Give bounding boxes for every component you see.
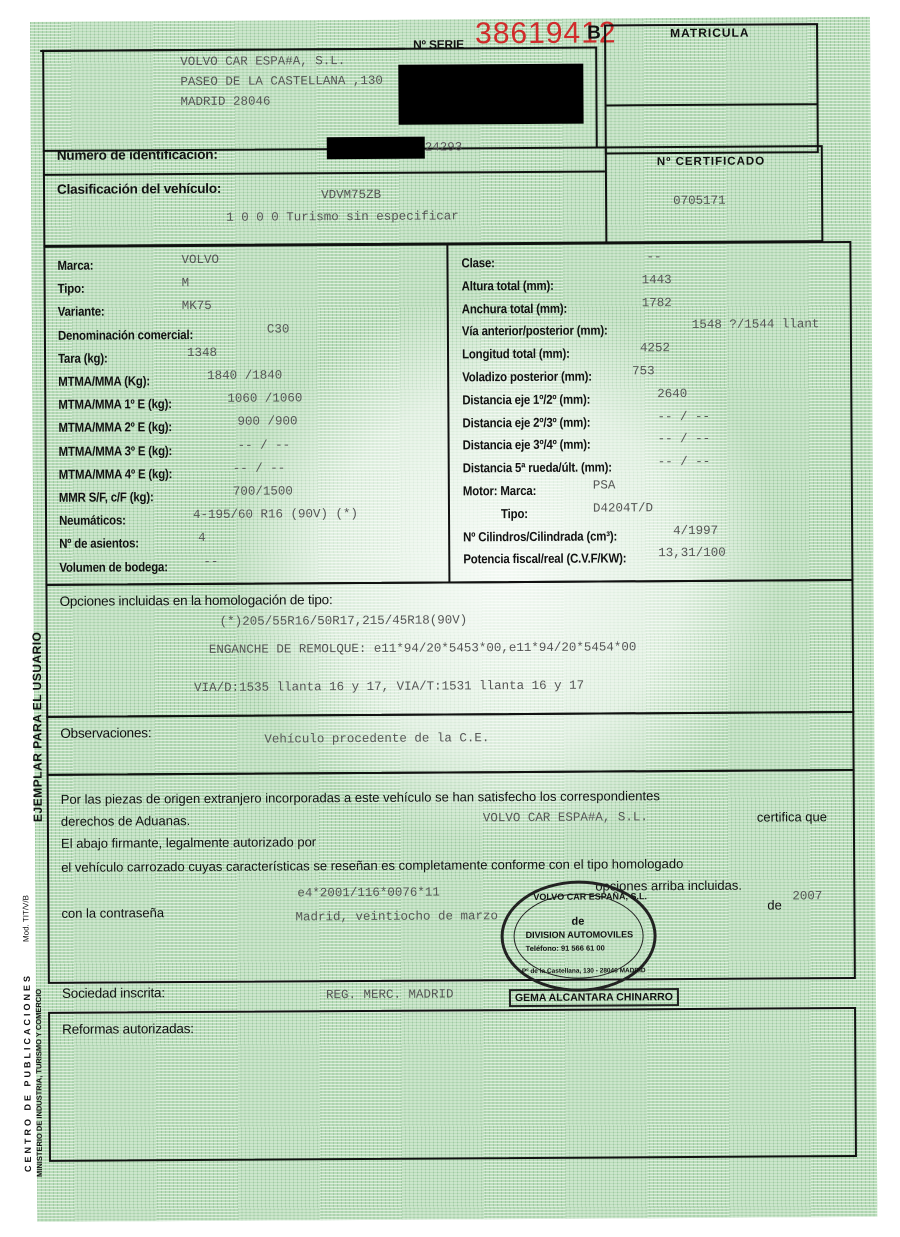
spec-value: 1348 [187, 346, 217, 360]
cert-company: VOLVO CAR ESPA#A, S.L. [483, 810, 648, 825]
spec-label: Potencia fiscal/real (C.V.F/KW): [463, 551, 626, 567]
spec-label: Clase: [461, 255, 494, 270]
cert-line-3: El abajo firmante, legalmente autorizado… [61, 834, 316, 851]
spec-label: Vía anterior/posterior (mm): [462, 323, 608, 339]
spec-label: Nº de asientos: [59, 536, 139, 551]
options-line-3: VIA/D:1535 llanta 16 y 17, VIA/T:1531 ll… [194, 679, 584, 695]
identification-suffix: 24293 [425, 140, 463, 154]
classification-detail: 1 0 0 0 Turismo sin especificar [226, 209, 459, 224]
spec-value: C30 [267, 322, 290, 336]
side-centro: CENTRO DE PUBLICACIONES [22, 973, 33, 1172]
contrasena-value: e4*2001/116*0076*11 [297, 886, 440, 901]
spec-value: 4252 [640, 341, 670, 355]
issuer-line-2: PASEO DE LA CASTELLANA ,130 [180, 74, 383, 89]
year-value: 2007 [792, 889, 822, 903]
left-specs [30, 17, 870, 22]
spec-label: Neumáticos: [59, 513, 126, 528]
spec-label: MTMA/MMA 3º E (kg): [59, 443, 173, 459]
spec-value: 1060 /1060 [227, 392, 302, 406]
spec-label: MMR S/F, c/F (kg): [59, 489, 154, 505]
cert-certifica: certifica que [757, 809, 827, 824]
spec-label: MTMA/MMA (Kg): [58, 373, 150, 389]
spec-label: Denominación comercial: [58, 327, 193, 343]
spec-label: Marca: [57, 258, 93, 273]
contrasena-label: con la contraseña [61, 905, 164, 921]
spec-label: Motor: Marca: [463, 483, 536, 498]
options-line-1: (*)205/55R16/50R17,215/45R18(90V) [220, 613, 468, 629]
spec-value: VOLVO [181, 253, 219, 267]
side-ejemplar: EJEMPLAR PARA EL USUARIO [30, 631, 45, 822]
spec-value: 4-195/60 R16 (90V) (*) [193, 507, 358, 522]
spec-label: MTMA/MMA 4º E (kg): [59, 466, 173, 482]
spec-label: Tara (kg): [58, 350, 108, 365]
spec-value: D4204T/D [593, 501, 653, 515]
company-stamp: VOLVO CAR ESPAÑA, S.L. de DIVISION AUTOM… [500, 880, 657, 992]
observations-value: Vehículo procedente de la C.E. [264, 731, 489, 746]
spec-value: -- / -- [657, 409, 710, 423]
vin-redaction [327, 137, 425, 160]
spec-value: 1840 /1840 [207, 368, 282, 382]
signer-name-box: GEMA ALCANTARA CHINARRO [509, 988, 679, 1007]
right-specs [30, 17, 870, 22]
spec-value: 1782 [642, 296, 672, 310]
spec-label: Variante: [58, 304, 105, 319]
spec-label: Volumen de bodega: [59, 559, 168, 575]
side-model: Mod. TIT/V/B [21, 895, 30, 942]
matricula-label: MATRICULA [670, 26, 750, 40]
sociedad-value: REG. MERC. MADRID [326, 987, 454, 1002]
spec-value: -- / -- [238, 438, 291, 452]
spec-label: Voladizo posterior (mm): [462, 369, 592, 385]
classification-label: Clasificación del vehículo: [57, 181, 221, 197]
spec-value: -- / -- [658, 455, 711, 469]
spec-label: Tipo: [501, 506, 528, 521]
place-date: Madrid, veintiocho de marzo [295, 909, 498, 924]
matricula-box [604, 23, 819, 154]
options-label: Opciones incluidas en la homologación de… [59, 592, 332, 609]
redaction-block [398, 64, 583, 125]
cert-line-2: derechos de Aduanas. [61, 813, 190, 829]
spec-value: -- / -- [658, 432, 711, 446]
spec-value: 4/1997 [673, 523, 718, 537]
spec-value: M [182, 276, 190, 290]
certificado-label: Nº CERTIFICADO [657, 156, 765, 169]
sociedad-label: Sociedad inscrita: [62, 985, 165, 1001]
issuer-line-3: MADRID 28046 [180, 95, 270, 110]
serie-suffix: B [587, 23, 601, 45]
spec-value: MK75 [182, 299, 212, 313]
classification-code: VDVM75ZB [321, 188, 381, 202]
spec-label: Anchura total (mm): [462, 300, 567, 316]
de-label: de [767, 897, 782, 912]
spec-value: 13,31/100 [658, 546, 726, 560]
spec-value: 4 [198, 531, 206, 545]
issuer-line-1: VOLVO CAR ESPA#A, S.L. [180, 54, 345, 69]
spec-value: 753 [632, 364, 655, 378]
spec-value: 1443 [642, 273, 672, 287]
spec-value: -- [203, 554, 218, 568]
identification-label: Número de identificación: [57, 147, 218, 163]
spec-value: 1548 ?/1544 llant [692, 318, 820, 333]
spec-value: 900 /900 [237, 415, 297, 429]
spec-label: Distancia eje 1º/2º (mm): [462, 391, 590, 407]
spec-value: 700/1500 [233, 484, 293, 498]
spec-value: 2640 [657, 387, 687, 401]
certificado-value: 0705171 [673, 194, 726, 208]
spec-label: Nº Cilindros/Cilindrada (cm³): [463, 528, 617, 544]
spec-label: Distancia eje 3º/4º (mm): [463, 437, 591, 453]
spec-label: Distancia eje 2º/3º (mm): [462, 414, 590, 430]
spec-label: MTMA/MMA 1º E (kg): [58, 396, 172, 412]
side-ministerio: MINISTERIO DE INDUSTRIA, TURISMO Y COMER… [34, 989, 44, 1177]
vehicle-technical-card: Nº SERIE 38619412 B MATRICULA VOLVO CAR … [30, 17, 877, 1222]
spec-label: Longitud total (mm): [462, 346, 570, 362]
spec-label: Distancia 5ª rueda/últ. (mm): [463, 460, 612, 476]
spec-label: Tipo: [58, 281, 85, 296]
spec-value: -- [646, 250, 661, 264]
reformas-label: Reformas autorizadas: [62, 1021, 194, 1037]
spec-value: PSA [593, 478, 616, 492]
spec-label: MTMA/MMA 2º E (kg): [58, 420, 172, 436]
observations-label: Observaciones: [60, 725, 151, 741]
options-line-2: ENGANCHE DE REMOLQUE: e11*94/20*5453*00,… [209, 640, 637, 657]
spec-value: -- / -- [233, 461, 286, 475]
spec-label: Altura total (mm): [462, 278, 554, 294]
